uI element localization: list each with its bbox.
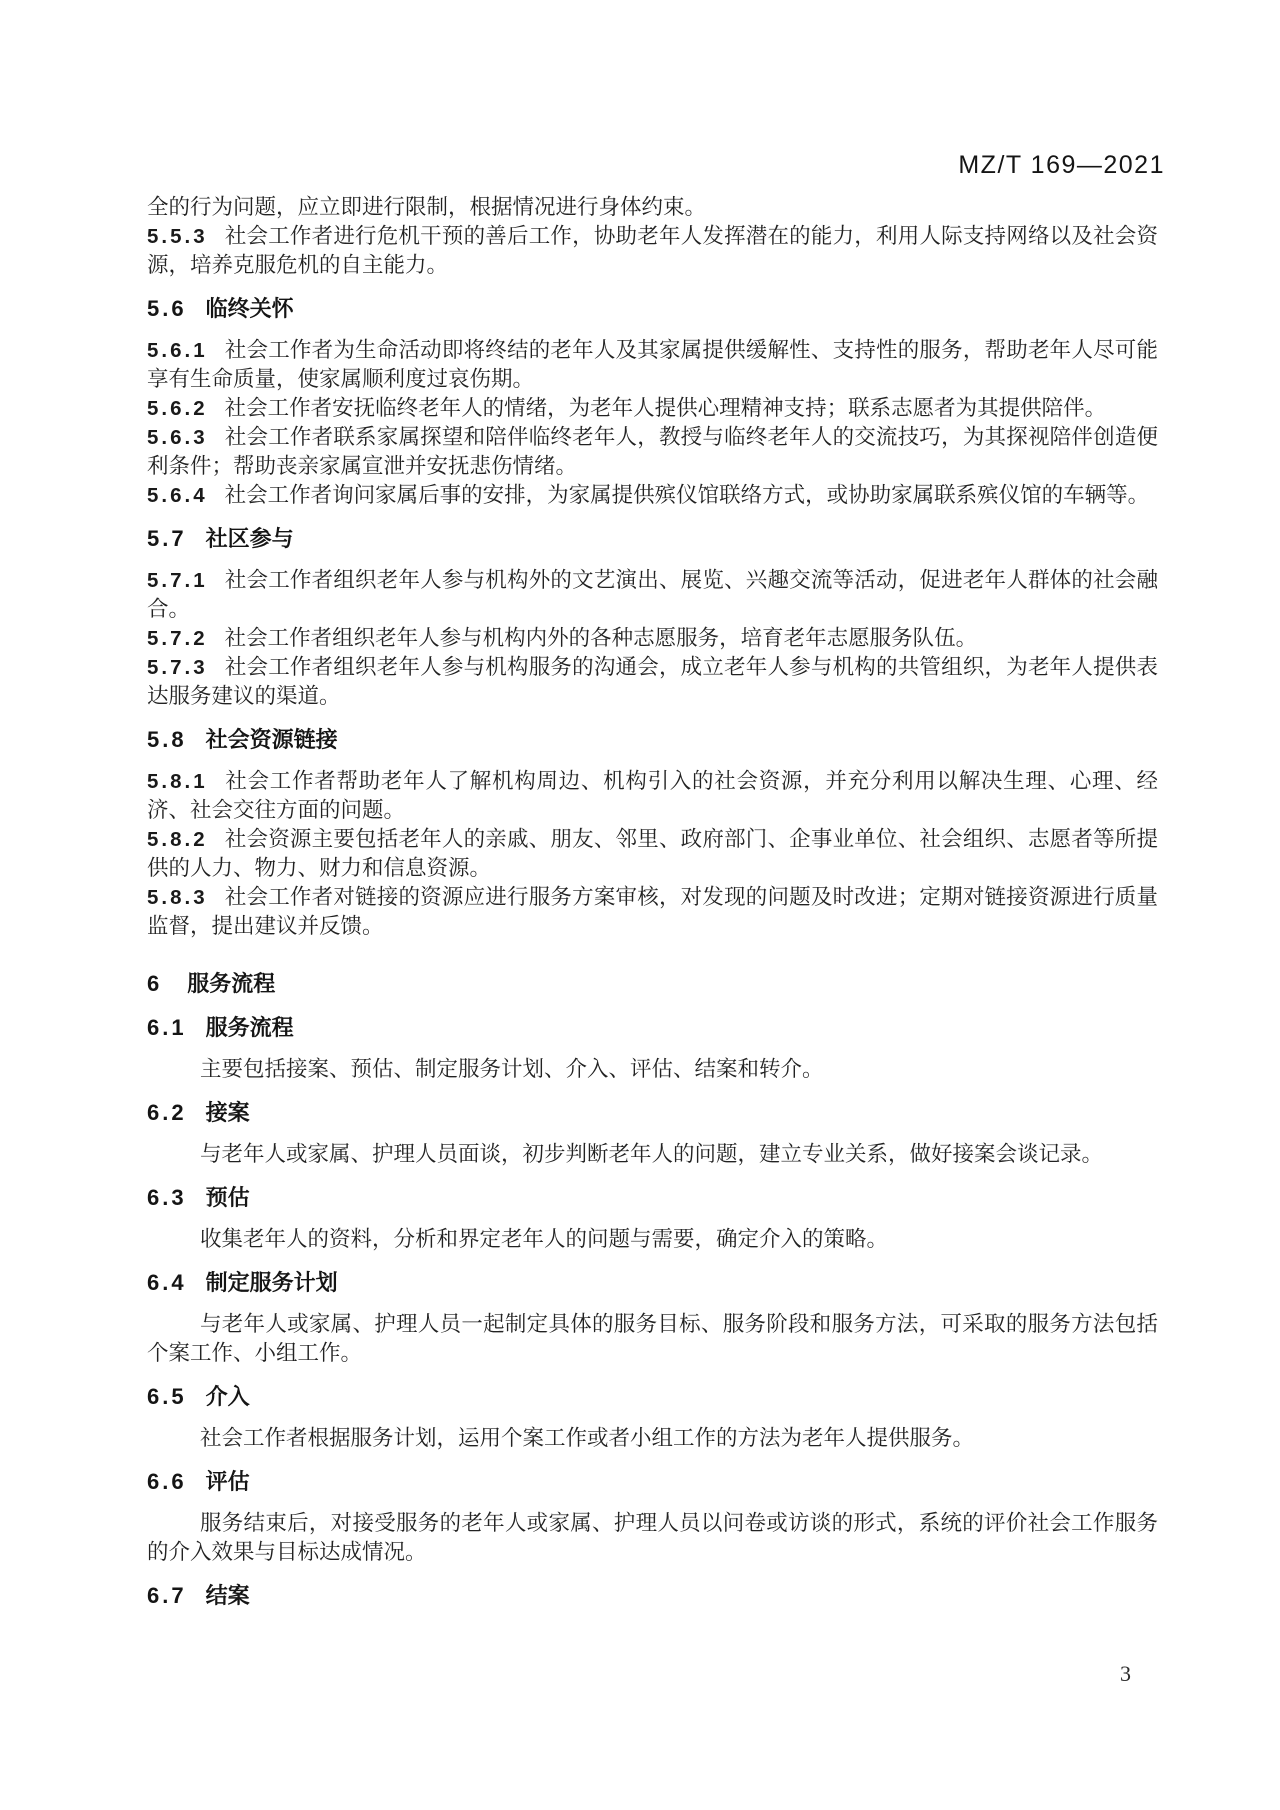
section-heading-6-6: 6.6评估	[147, 1467, 1158, 1497]
heading-title: 社区参与	[206, 526, 294, 551]
paragraph-6-6: 服务结束后，对接受服务的老年人或家属、护理人员以问卷或访谈的形式，系统的评价社会…	[147, 1509, 1158, 1567]
section-heading-6-1: 6.1服务流程	[147, 1013, 1158, 1043]
clause-number: 5.6.1	[147, 339, 208, 362]
clause-5-8-2: 5.8.2社会资源主要包括老年人的亲戚、朋友、邻里、政府部门、企事业单位、社会组…	[147, 825, 1158, 883]
section-heading-6-5: 6.5介入	[147, 1382, 1158, 1412]
document-page: MZ/T 169—2021 全的行为问题，应立即进行限制，根据情况进行身体约束。…	[0, 0, 1280, 1810]
clause-text: 社会工作者为生命活动即将终结的老年人及其家属提供缓解性、支持性的服务，帮助老年人…	[147, 338, 1158, 391]
section-heading-5-6: 5.6临终关怀	[147, 294, 1158, 324]
clause-number: 5.8.3	[147, 886, 208, 909]
clause-text: 社会工作者安抚临终老年人的情绪，为老年人提供心理精神支持；联系志愿者为其提供陪伴…	[225, 396, 1107, 420]
clause-text: 社会资源主要包括老年人的亲戚、朋友、邻里、政府部门、企事业单位、社会组织、志愿者…	[147, 827, 1158, 880]
clause-text: 社会工作者进行危机干预的善后工作，协助老年人发挥潜在的能力，利用人际支持网络以及…	[147, 224, 1158, 277]
clause-5-6-2: 5.6.2社会工作者安抚临终老年人的情绪，为老年人提供心理精神支持；联系志愿者为…	[147, 394, 1158, 423]
clause-number: 5.8.1	[147, 770, 208, 793]
standard-number-header: MZ/T 169—2021	[958, 151, 1165, 180]
clause-5-7-2: 5.7.2社会工作者组织老年人参与机构内外的各种志愿服务，培育老年志愿服务队伍。	[147, 624, 1158, 653]
paragraph-6-5: 社会工作者根据服务计划，运用个案工作或者小组工作的方法为老年人提供服务。	[147, 1424, 1158, 1453]
heading-number: 6.1	[147, 1015, 187, 1040]
clause-text: 社会工作者询问家属后事的安排，为家属提供殡仪馆联络方式，或协助家属联系殡仪馆的车…	[225, 483, 1150, 507]
heading-number: 6.6	[147, 1469, 187, 1494]
paragraph-6-1: 主要包括接案、预估、制定服务计划、介入、评估、结案和转介。	[147, 1055, 1158, 1084]
clause-number: 5.5.3	[147, 225, 208, 248]
clause-number: 5.7.1	[147, 569, 208, 592]
document-body: 全的行为问题，应立即进行限制，根据情况进行身体约束。 5.5.3社会工作者进行危…	[147, 190, 1158, 1623]
heading-title: 接案	[206, 1100, 250, 1125]
clause-5-6-1: 5.6.1社会工作者为生命活动即将终结的老年人及其家属提供缓解性、支持性的服务，…	[147, 336, 1158, 394]
paragraph-6-4: 与老年人或家属、护理人员一起制定具体的服务目标、服务阶段和服务方法，可采取的服务…	[147, 1310, 1158, 1368]
heading-title: 服务流程	[187, 971, 275, 996]
heading-number: 6.4	[147, 1270, 187, 1295]
heading-number: 6	[147, 971, 162, 996]
clause-text: 社会工作者组织老年人参与机构服务的沟通会，成立老年人参与机构的共管组织，为老年人…	[147, 655, 1158, 708]
section-heading-6-3: 6.3预估	[147, 1183, 1158, 1213]
clause-text: 社会工作者组织老年人参与机构内外的各种志愿服务，培育老年志愿服务队伍。	[225, 626, 978, 650]
clause-5-8-1: 5.8.1社会工作者帮助老年人了解机构周边、机构引入的社会资源，并充分利用以解决…	[147, 767, 1158, 825]
heading-title: 社会资源链接	[206, 727, 338, 752]
chapter-heading-6: 6服务流程	[147, 969, 1158, 999]
clause-number: 5.6.2	[147, 397, 208, 420]
heading-title: 服务流程	[206, 1015, 294, 1040]
clause-5-5-3: 5.5.3社会工作者进行危机干预的善后工作，协助老年人发挥潜在的能力，利用人际支…	[147, 222, 1158, 280]
clause-5-6-3: 5.6.3社会工作者联系家属探望和陪伴临终老年人，教授与临终老年人的交流技巧，为…	[147, 423, 1158, 481]
heading-number: 6.2	[147, 1100, 187, 1125]
heading-number: 6.5	[147, 1384, 187, 1409]
heading-title: 制定服务计划	[206, 1270, 338, 1295]
heading-number: 6.7	[147, 1583, 187, 1608]
clause-5-8-3: 5.8.3社会工作者对链接的资源应进行服务方案审核，对发现的问题及时改进；定期对…	[147, 883, 1158, 941]
heading-title: 预估	[206, 1185, 250, 1210]
page-number: 3	[1120, 1661, 1131, 1687]
clause-5-7-1: 5.7.1社会工作者组织老年人参与机构外的文艺演出、展览、兴趣交流等活动，促进老…	[147, 566, 1158, 624]
clause-text: 社会工作者帮助老年人了解机构周边、机构引入的社会资源，并充分利用以解决生理、心理…	[147, 769, 1158, 822]
heading-number: 5.6	[147, 296, 187, 321]
heading-number: 5.8	[147, 727, 187, 752]
clause-number: 5.8.2	[147, 828, 208, 851]
section-heading-5-7: 5.7社区参与	[147, 524, 1158, 554]
clause-number: 5.6.4	[147, 484, 208, 507]
heading-title: 介入	[206, 1384, 250, 1409]
clause-number: 5.7.3	[147, 656, 208, 679]
heading-number: 5.7	[147, 526, 187, 551]
clause-5-6-4: 5.6.4社会工作者询问家属后事的安排，为家属提供殡仪馆联络方式，或协助家属联系…	[147, 481, 1158, 510]
paragraph-6-3: 收集老年人的资料，分析和界定老年人的问题与需要，确定介入的策略。	[147, 1225, 1158, 1254]
clause-text: 社会工作者联系家属探望和陪伴临终老年人，教授与临终老年人的交流技巧，为其探视陪伴…	[147, 425, 1158, 478]
section-heading-5-8: 5.8社会资源链接	[147, 725, 1158, 755]
clause-text: 社会工作者组织老年人参与机构外的文艺演出、展览、兴趣交流等活动，促进老年人群体的…	[147, 568, 1158, 621]
section-heading-6-2: 6.2接案	[147, 1098, 1158, 1128]
paragraph-6-2: 与老年人或家属、护理人员面谈，初步判断老年人的问题，建立专业关系，做好接案会谈记…	[147, 1140, 1158, 1169]
section-heading-6-7: 6.7结案	[147, 1581, 1158, 1611]
clause-number: 5.6.3	[147, 426, 208, 449]
heading-title: 评估	[206, 1469, 250, 1494]
continuation-paragraph: 全的行为问题，应立即进行限制，根据情况进行身体约束。	[147, 193, 1158, 222]
clause-5-7-3: 5.7.3社会工作者组织老年人参与机构服务的沟通会，成立老年人参与机构的共管组织…	[147, 653, 1158, 711]
heading-number: 6.3	[147, 1185, 187, 1210]
heading-title: 结案	[206, 1583, 250, 1608]
clause-text: 社会工作者对链接的资源应进行服务方案审核，对发现的问题及时改进；定期对链接资源进…	[147, 885, 1158, 938]
clause-number: 5.7.2	[147, 627, 208, 650]
section-heading-6-4: 6.4制定服务计划	[147, 1268, 1158, 1298]
heading-title: 临终关怀	[206, 296, 294, 321]
